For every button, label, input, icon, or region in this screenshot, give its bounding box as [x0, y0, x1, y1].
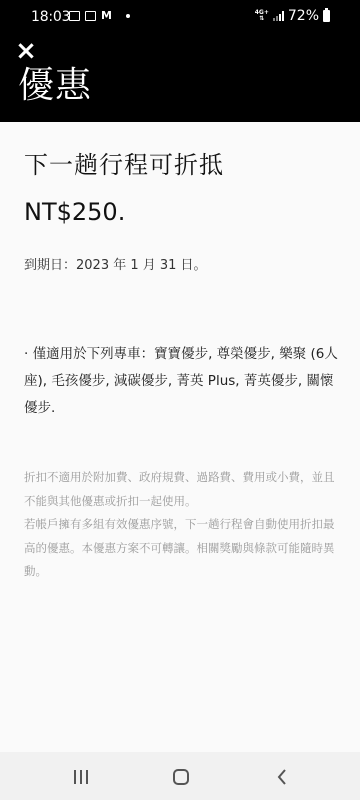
home-button[interactable]: [173, 769, 189, 785]
close-icon: ×: [15, 36, 37, 66]
promo-title: 下一趟行程可折抵: [24, 148, 224, 182]
expiry-date: 到期日：2023 年 1 月 31 日。: [24, 256, 207, 276]
dot-icon: [126, 14, 130, 18]
status-time: 18:03: [31, 9, 70, 25]
news-icon: [85, 11, 96, 21]
system-nav-bar: [0, 752, 360, 800]
promo-amount: NT$250.: [24, 195, 125, 229]
status-bar: 18:03 M 4G+⇅ 72%: [0, 0, 360, 34]
close-button[interactable]: ×: [14, 39, 38, 63]
terms-paragraph: 若帳戶擁有多組有效優惠序號，下一趟行程會自動使用折扣最高的優惠。本優惠方案不可轉…: [24, 513, 342, 584]
back-icon: [276, 767, 288, 787]
gallery-icon: [69, 11, 80, 21]
status-right: 4G+⇅ 72%: [255, 8, 330, 24]
recent-apps-button[interactable]: [74, 770, 88, 784]
back-button[interactable]: [276, 767, 288, 787]
eligible-vehicles: · 僅適用於下列專車：寶寶優步, 尊榮優步, 樂聚 (6人座), 毛孩優步, 減…: [24, 341, 342, 422]
header: × 優惠: [0, 34, 360, 122]
signal-icon: [273, 11, 284, 21]
terms: 折扣不適用於附加費、政府規費、過路費、費用或小費，並且不能與其他優惠或折扣一起使…: [24, 466, 342, 584]
battery-icon: [323, 10, 330, 22]
network-icon: 4G+⇅: [255, 10, 269, 22]
battery-percent: 72%: [288, 8, 319, 24]
terms-paragraph: 折扣不適用於附加費、政府規費、過路費、費用或小費，並且不能與其他優惠或折扣一起使…: [24, 466, 342, 513]
gmail-icon: M: [101, 11, 113, 21]
page-title: 優惠: [18, 64, 92, 108]
notification-icons: M: [69, 11, 130, 21]
promo-details: 下一趟行程可折抵 NT$250. 到期日：2023 年 1 月 31 日。 · …: [0, 122, 360, 752]
